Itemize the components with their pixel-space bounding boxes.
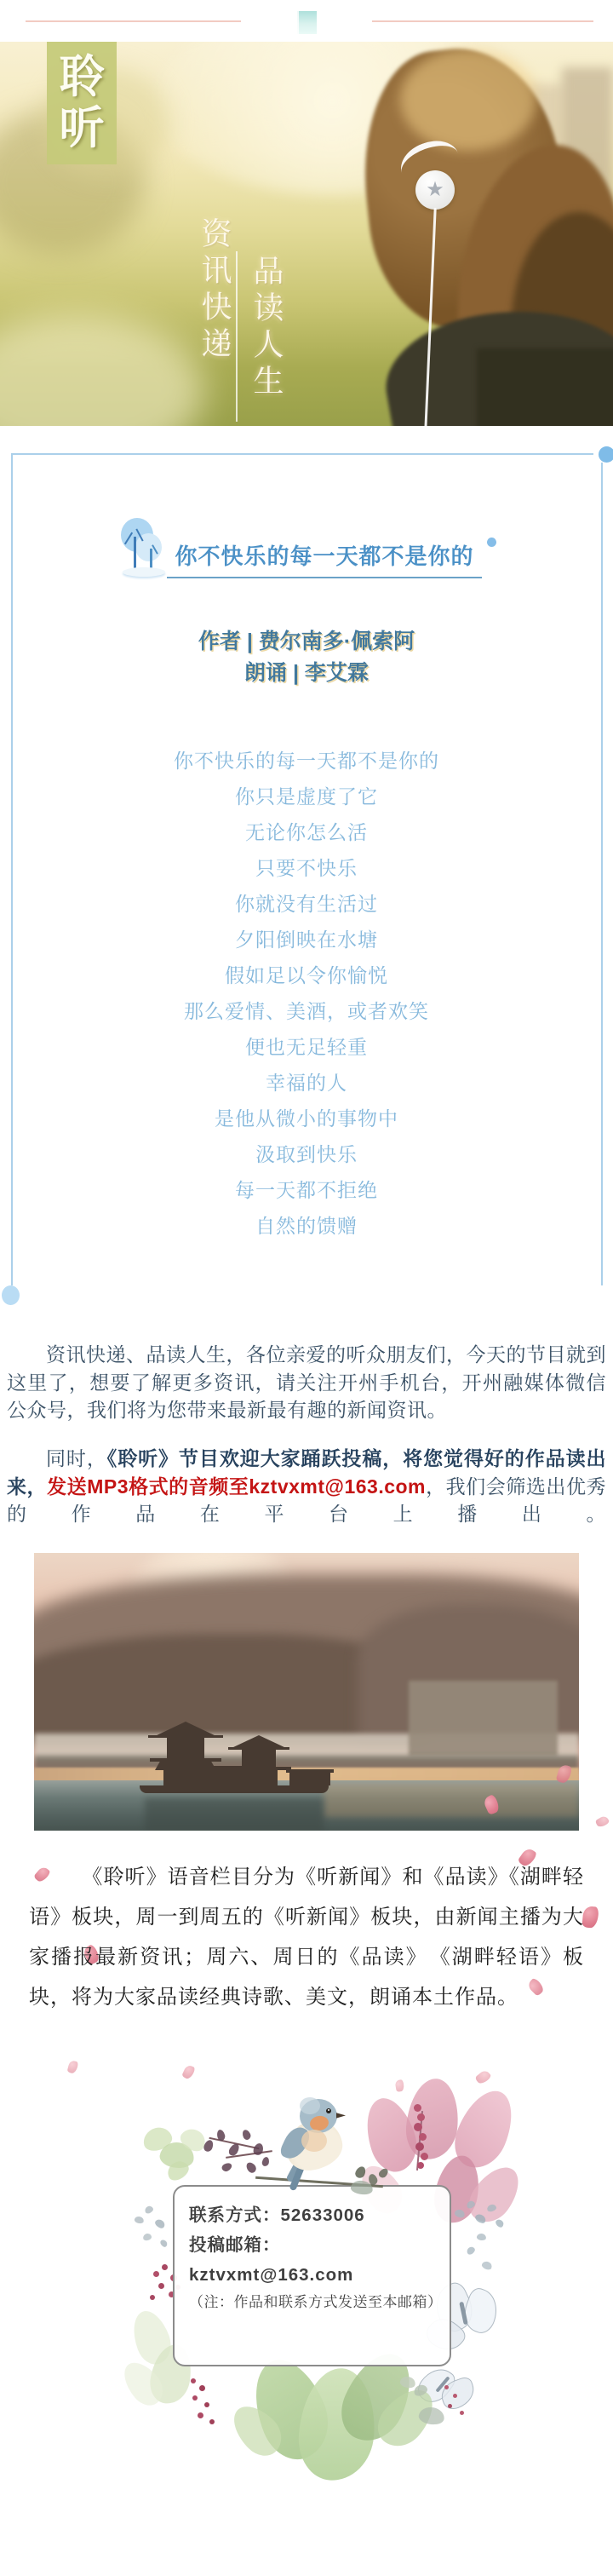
hero-column-divider: [236, 251, 238, 422]
sprig-leaf-icon: [144, 2205, 154, 2214]
poem-line: 每一天都不拒绝: [0, 1172, 613, 1208]
field-flare: [0, 314, 204, 426]
hero-image[interactable]: ★ 聆 听 资讯快递 品读人生: [0, 42, 613, 426]
bird-eye-highlight: [328, 2109, 329, 2111]
petal-icon: [581, 1906, 599, 1929]
sprig-leaf-icon: [159, 2239, 169, 2248]
card-border-top: [11, 453, 593, 455]
program-badge: 聆 听: [47, 42, 117, 164]
badge-char-1: 聆: [60, 54, 105, 101]
paragraph-program-intro: 《聆听》语音栏目分为《听新闻》和《品读》《湖畔轻语》板块，周一到周五的《听新闻》…: [29, 1857, 584, 2017]
tree-icon: [121, 516, 167, 579]
header-square-icon: [297, 11, 317, 34]
poem-line: 便也无足轻重: [0, 1029, 613, 1065]
pavilion-mid-body: [204, 1772, 238, 1785]
sprig-leaf-icon: [476, 2233, 486, 2241]
flower-bud-icon: [421, 2153, 428, 2160]
plum-leaf-icon: [241, 2129, 252, 2142]
p2-prefix: 同时，: [46, 1447, 107, 1469]
plum-leaf-icon: [244, 2160, 258, 2174]
pavilion2-body-lower: [237, 1770, 278, 1786]
plum-leaf-icon: [221, 2161, 233, 2173]
poem-body: 你不快乐的每一天都不是你的你只是虚度了它无论你怎么活只要不快乐你就没有生活过夕阳…: [0, 743, 613, 1244]
flower-bud-icon: [419, 2133, 427, 2141]
article-page: ★ 聆 听 资讯快递 品读人生 你不快乐的每一天都不是你的 作者 | 费尔南多·…: [0, 0, 613, 2576]
poem-title: 你不快乐的每一天都不是你的: [167, 539, 482, 571]
plum-leaf-icon: [252, 2142, 264, 2156]
poem-line: 汲取到快乐: [0, 1136, 613, 1172]
bird-crown-highlight: [300, 2097, 320, 2114]
hair-highlight: [400, 49, 536, 151]
petal-icon: [67, 2060, 79, 2074]
hero-column-left: 资讯快递: [193, 217, 237, 364]
berry-icon: [162, 2264, 168, 2270]
bird-beak: [336, 2112, 346, 2119]
contact-card: 联系方式：52633006 投稿邮箱： kztvxmt@163.com （注：作…: [173, 2185, 451, 2366]
card-corner-circle-bottom: [2, 1285, 20, 1305]
flower-bud-icon: [414, 2123, 422, 2131]
berry-icon: [444, 2385, 449, 2389]
star-icon: ★: [426, 180, 444, 200]
tree-trunk: [134, 537, 136, 571]
poem-line: 你就没有生活过: [0, 886, 613, 922]
poem-line: 是他从微小的事物中: [0, 1101, 613, 1136]
city-buildings-right: [409, 1681, 558, 1756]
poem-line: 假如足以令你愉悦: [0, 957, 613, 993]
poem-line: 自然的馈赠: [0, 1208, 613, 1244]
flower-bud-icon: [415, 2142, 424, 2151]
berry-icon: [158, 2283, 164, 2289]
plum-leaf-icon: [261, 2156, 270, 2166]
petal-icon: [595, 1814, 610, 1828]
berry-icon: [199, 2385, 205, 2391]
pavilion-mid-roof: [201, 1766, 242, 1772]
paragraph-submission: 同时，《聆听》节目欢迎大家踊跃投稿，将您觉得好的作品读出来，发送MP3格式的音频…: [7, 1445, 606, 1528]
petal-icon: [474, 2069, 492, 2086]
water-gold-reflection: [324, 1783, 579, 1817]
berry-icon: [460, 2411, 464, 2415]
berry-icon: [448, 2404, 452, 2408]
pavilion-ext-body: [289, 1773, 330, 1785]
sprig-leaf-icon: [134, 2216, 145, 2225]
sprig-leaf-icon: [154, 2217, 167, 2230]
pink-leaf-icon: [404, 2077, 461, 2162]
poem-line: 只要不快乐: [0, 850, 613, 886]
hero-column-right: 品读人生: [245, 255, 289, 401]
pavilion-body: [167, 1738, 204, 1758]
poem-line: 幸福的人: [0, 1065, 613, 1101]
title-dot-icon: [487, 538, 496, 547]
petal-icon: [395, 2079, 405, 2092]
bird-chest: [301, 2130, 327, 2152]
sprig-leaf-icon: [481, 2260, 494, 2271]
pavilion-body-lower: [163, 1770, 208, 1786]
reciter-line: 朗诵 | 李艾霖: [0, 656, 613, 687]
badge-char-2: 听: [60, 105, 105, 152]
berry-icon: [153, 2271, 159, 2277]
poem-line: 你只是虚度了它: [0, 779, 613, 814]
contact-note: （注：作品和联系方式发送至本邮箱）: [189, 2290, 438, 2315]
berry-icon: [204, 2402, 209, 2407]
berry-icon: [150, 2295, 155, 2300]
card-corner-circle-top: [599, 446, 613, 463]
contact-email-label: 投稿邮箱：: [189, 2230, 438, 2260]
berry-icon: [198, 2412, 203, 2418]
flower-bud-icon: [417, 2162, 424, 2169]
berry-icon: [192, 2395, 198, 2401]
woman-jacket2: [477, 348, 613, 426]
poem-line: 夕阳倒映在水塘: [0, 922, 613, 957]
berry-icon: [453, 2394, 457, 2398]
title-underline: [167, 577, 482, 578]
poem-line: 无论你怎么活: [0, 814, 613, 850]
author-line: 作者 | 费尔南多·佩索阿: [0, 624, 613, 655]
header-left-line: [26, 20, 241, 22]
pavilion2-body: [242, 1750, 276, 1767]
sprig-leaf-icon: [466, 2245, 477, 2256]
pavilion-reflection: [145, 1798, 324, 1831]
paragraph-outro: 资讯快递、品读人生，各位亲爱的听众朋友们，今天的节目就到这里了，想要了解更多资讯…: [7, 1341, 606, 1424]
berry-icon: [191, 2378, 196, 2383]
lake-image[interactable]: [34, 1553, 579, 1831]
p2-email-text[interactable]: 发送MP3格式的音频至kztvxmt@163.com: [47, 1475, 426, 1498]
boat-hull: [140, 1785, 329, 1793]
poem-line: 你不快乐的每一天都不是你的: [0, 743, 613, 779]
headphone-icon: ★: [415, 170, 455, 210]
sprig-leaf-icon: [495, 2218, 506, 2229]
pavilion-eave: [150, 1758, 221, 1762]
flower-bud-icon: [417, 2113, 425, 2121]
flower-bud-icon: [414, 2104, 421, 2112]
contact-email[interactable]: kztvxmt@163.com: [189, 2260, 438, 2290]
snow-mound: [123, 567, 165, 577]
petal-icon: [181, 2064, 196, 2080]
poem-line: 那么爱情、美酒，或者欢笑: [0, 993, 613, 1029]
berry-icon: [209, 2419, 215, 2424]
sprig-leaf-icon: [142, 2233, 152, 2241]
header-right-line: [372, 20, 593, 22]
contact-phone: 联系方式：52633006: [189, 2200, 438, 2230]
